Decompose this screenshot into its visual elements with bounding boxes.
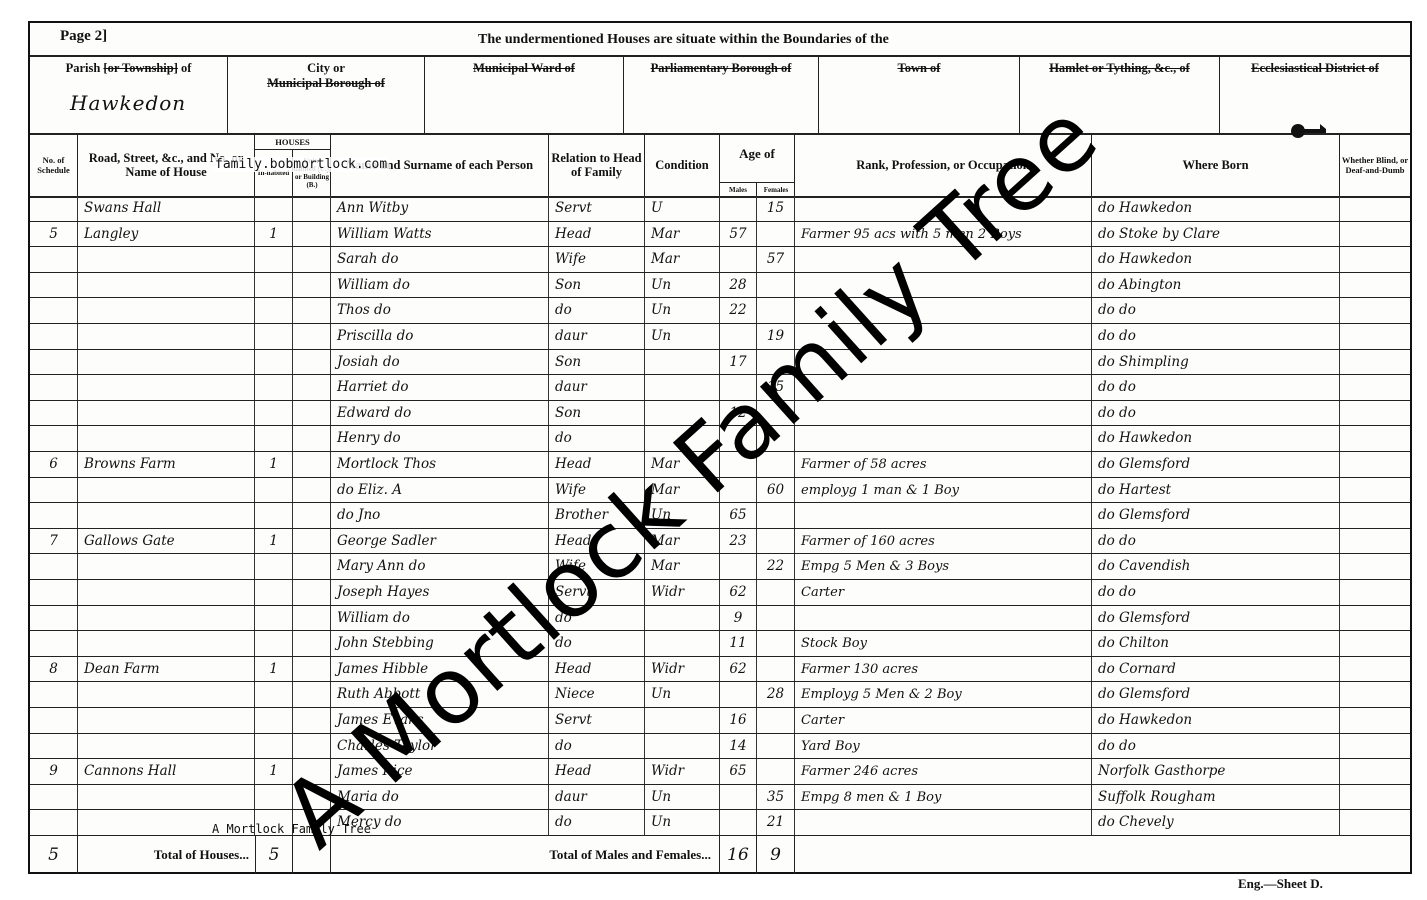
- occupation: Empg 8 men & 1 Boy: [795, 785, 1092, 810]
- schedule-number: 7: [30, 529, 78, 554]
- condition: Mar: [645, 247, 720, 272]
- relation: daur: [549, 785, 645, 810]
- schedule-number: [30, 682, 78, 707]
- house-name: Swans Hall: [78, 196, 255, 221]
- schedule-number: [30, 631, 78, 656]
- col-age: Age of Males Females: [720, 133, 795, 196]
- male-age: 65: [720, 759, 757, 784]
- table-row: 9Cannons Hall1James RiceHeadWidr65Farmer…: [30, 759, 1410, 785]
- uninhabited-count: [293, 222, 331, 247]
- female-age: [757, 529, 795, 554]
- col-schedule: No. of Schedule: [30, 133, 78, 196]
- male-age: 28: [720, 273, 757, 298]
- blind-deaf: [1340, 657, 1410, 682]
- blind-deaf: [1340, 785, 1410, 810]
- table-row: William dodo9do Glemsford: [30, 606, 1410, 632]
- blind-deaf: [1340, 554, 1410, 579]
- inhabited-count: [255, 298, 293, 323]
- where-born: do Glemsford: [1092, 452, 1340, 477]
- female-age: 60: [757, 478, 795, 503]
- table-row: 6Browns Farm1Mortlock ThosHeadMarFarmer …: [30, 452, 1410, 478]
- parish-cell: Parish [or Township] of Hawkedon: [30, 55, 228, 133]
- condition: Un: [645, 785, 720, 810]
- boundaries-heading: The undermentioned Houses are situate wi…: [478, 32, 889, 48]
- female-age: [757, 401, 795, 426]
- occupation: Farmer 246 acres: [795, 759, 1092, 784]
- schedule-count: 5: [48, 845, 59, 865]
- occupation: Stock Boy: [795, 631, 1092, 656]
- occupation: Farmer of 58 acres: [795, 452, 1092, 477]
- house-name: [78, 554, 255, 579]
- condition: Widr: [645, 759, 720, 784]
- occupation: Empg 5 Men & 3 Boys: [795, 554, 1092, 579]
- col-condition: Condition: [645, 133, 720, 196]
- uninhabited-count: [293, 734, 331, 759]
- town-cell: Town of: [819, 55, 1020, 133]
- title-row: Page 2] The undermentioned Houses are si…: [30, 23, 1410, 57]
- blind-deaf: [1340, 247, 1410, 272]
- male-age: [720, 247, 757, 272]
- inhabited-count: 1: [255, 452, 293, 477]
- sheet-identifier: Eng.—Sheet D.: [1238, 876, 1323, 892]
- occupation: [795, 273, 1092, 298]
- table-row: Henry dododo Hawkedon: [30, 426, 1410, 452]
- person-name: Joseph Hayes: [331, 580, 549, 605]
- table-row: Maria dodaurUn35Empg 8 men & 1 BoySuffol…: [30, 785, 1410, 811]
- where-born: Suffolk Rougham: [1092, 785, 1340, 810]
- parish-value: Hawkedon: [70, 91, 186, 115]
- relation: Head: [549, 452, 645, 477]
- inhabited-count: [255, 631, 293, 656]
- totals-row: 5 Total of Houses... 5 Total of Males an…: [30, 836, 1410, 874]
- occupation: [795, 298, 1092, 323]
- condition: Mar: [645, 222, 720, 247]
- person-name: Josiah do: [331, 350, 549, 375]
- blind-deaf: [1340, 375, 1410, 400]
- female-age: 57: [757, 247, 795, 272]
- person-name: Maria do: [331, 785, 549, 810]
- total-males: 16: [727, 845, 749, 865]
- person-name: William do: [331, 606, 549, 631]
- uninhabited-count: [293, 657, 331, 682]
- inhabited-count: 1: [255, 657, 293, 682]
- col-occupation: Rank, Profession, or Occupation: [795, 133, 1092, 196]
- condition: [645, 631, 720, 656]
- relation: Son: [549, 273, 645, 298]
- where-born: do Hartest: [1092, 478, 1340, 503]
- male-age: 62: [720, 657, 757, 682]
- house-name: [78, 401, 255, 426]
- condition: [645, 734, 720, 759]
- uninhabited-count: [293, 350, 331, 375]
- male-age: [720, 375, 757, 400]
- relation: do: [549, 631, 645, 656]
- occupation: [795, 247, 1092, 272]
- where-born: do Hawkedon: [1092, 196, 1340, 221]
- blind-deaf: [1340, 759, 1410, 784]
- where-born: do Cornard: [1092, 657, 1340, 682]
- inhabited-count: [255, 580, 293, 605]
- person-name: do Jno: [331, 503, 549, 528]
- female-age: [757, 759, 795, 784]
- schedule-number: [30, 298, 78, 323]
- where-born: do Chevely: [1092, 810, 1340, 835]
- condition: Un: [645, 503, 720, 528]
- table-row: William doSonUn28do Abington: [30, 273, 1410, 299]
- house-name: [78, 734, 255, 759]
- schedule-number: [30, 350, 78, 375]
- hamlet-cell: Hamlet or Tything, &c., of: [1020, 55, 1220, 133]
- uninhabited-count: [293, 324, 331, 349]
- relation: Son: [549, 401, 645, 426]
- blind-deaf: [1340, 606, 1410, 631]
- where-born: do Glemsford: [1092, 503, 1340, 528]
- uninhabited-count: [293, 503, 331, 528]
- condition: Un: [645, 324, 720, 349]
- person-name: Harriet do: [331, 375, 549, 400]
- schedule-number: [30, 426, 78, 451]
- relation: daur: [549, 375, 645, 400]
- relation: Servt: [549, 580, 645, 605]
- person-name: George Sadler: [331, 529, 549, 554]
- house-name: [78, 273, 255, 298]
- male-age: 57: [720, 222, 757, 247]
- where-born: do Abington: [1092, 273, 1340, 298]
- condition: [645, 401, 720, 426]
- blind-deaf: [1340, 478, 1410, 503]
- schedule-number: [30, 478, 78, 503]
- male-age: [720, 324, 757, 349]
- house-name: [78, 503, 255, 528]
- female-age: 35: [757, 785, 795, 810]
- person-name: Thos do: [331, 298, 549, 323]
- person-name: John Stebbing: [331, 631, 549, 656]
- blind-deaf: [1340, 222, 1410, 247]
- table-row: Mary Ann doWifeMar22Empg 5 Men & 3 Boysd…: [30, 554, 1410, 580]
- schedule-number: [30, 401, 78, 426]
- table-row: 5Langley1William WattsHeadMar57Farmer 95…: [30, 222, 1410, 248]
- house-name: [78, 478, 255, 503]
- occupation: [795, 324, 1092, 349]
- male-age: 11: [720, 631, 757, 656]
- where-born: do Hawkedon: [1092, 426, 1340, 451]
- relation: Servt: [549, 708, 645, 733]
- table-row: 7Gallows Gate1George SadlerHeadMar23Farm…: [30, 529, 1410, 555]
- condition: [645, 708, 720, 733]
- condition: [645, 350, 720, 375]
- relation: Head: [549, 759, 645, 784]
- person-name: William Watts: [331, 222, 549, 247]
- schedule-number: [30, 606, 78, 631]
- house-name: [78, 708, 255, 733]
- person-name: Edward do: [331, 401, 549, 426]
- blind-deaf: [1340, 503, 1410, 528]
- where-born: do do: [1092, 529, 1340, 554]
- house-name: [78, 350, 255, 375]
- relation: daur: [549, 324, 645, 349]
- blind-deaf: [1340, 734, 1410, 759]
- uninhabited-count: [293, 401, 331, 426]
- condition: Mar: [645, 478, 720, 503]
- table-row: 8Dean Farm1James HibbleHeadWidr62Farmer …: [30, 657, 1410, 683]
- female-age: [757, 657, 795, 682]
- schedule-number: [30, 324, 78, 349]
- table-row: Edward doSon12do do: [30, 401, 1410, 427]
- relation: Wife: [549, 247, 645, 272]
- male-age: 16: [720, 708, 757, 733]
- table-row: do JnoBrotherUn65do Glemsford: [30, 503, 1410, 529]
- blind-deaf: [1340, 529, 1410, 554]
- key-icon: [1290, 122, 1330, 140]
- relation: do: [549, 426, 645, 451]
- uninhabited-count: [293, 580, 331, 605]
- where-born: Norfolk Gasthorpe: [1092, 759, 1340, 784]
- blind-deaf: [1340, 298, 1410, 323]
- house-name: [78, 375, 255, 400]
- where-born: do do: [1092, 375, 1340, 400]
- blind-deaf: [1340, 273, 1410, 298]
- house-name: Cannons Hall: [78, 759, 255, 784]
- relation: Niece: [549, 682, 645, 707]
- person-name: Mortlock Thos: [331, 452, 549, 477]
- male-age: 14: [720, 734, 757, 759]
- female-age: [757, 734, 795, 759]
- condition: [645, 426, 720, 451]
- blind-deaf: [1340, 580, 1410, 605]
- male-age: 17: [720, 350, 757, 375]
- person-name: James Evans: [331, 708, 549, 733]
- male-age: [720, 452, 757, 477]
- occupation: [795, 350, 1092, 375]
- uninhabited-count: [293, 426, 331, 451]
- census-rows: Swans HallAnn WitbyServtU15do Hawkedon5L…: [30, 196, 1410, 836]
- inhabited-count: [255, 375, 293, 400]
- female-age: [757, 708, 795, 733]
- male-age: 65: [720, 503, 757, 528]
- relation: Head: [549, 529, 645, 554]
- relation: Son: [549, 350, 645, 375]
- person-name: Ann Witby: [331, 196, 549, 221]
- house-name: [78, 426, 255, 451]
- house-name: [78, 631, 255, 656]
- inhabited-count: 1: [255, 759, 293, 784]
- female-age: [757, 350, 795, 375]
- inhabited-count: 1: [255, 529, 293, 554]
- female-age: 15: [757, 375, 795, 400]
- male-age: [720, 554, 757, 579]
- census-sheet: Page 2] The undermentioned Houses are si…: [28, 21, 1412, 874]
- person-name: Charles Taylor: [331, 734, 549, 759]
- uninhabited-count: [293, 452, 331, 477]
- condition: Un: [645, 298, 720, 323]
- schedule-number: [30, 580, 78, 605]
- uninhabited-count: [293, 247, 331, 272]
- table-row: Swans HallAnn WitbyServtU15do Hawkedon: [30, 196, 1410, 222]
- occupation: Carter: [795, 580, 1092, 605]
- uninhabited-count: [293, 708, 331, 733]
- schedule-number: [30, 247, 78, 272]
- person-name: Mary Ann do: [331, 554, 549, 579]
- occupation: Farmer of 160 acres: [795, 529, 1092, 554]
- male-age: 9: [720, 606, 757, 631]
- person-name: William do: [331, 273, 549, 298]
- inhabited-count: [255, 247, 293, 272]
- house-name: Gallows Gate: [78, 529, 255, 554]
- inhabited-count: [255, 785, 293, 810]
- uninhabited-count: [293, 631, 331, 656]
- where-born: do do: [1092, 734, 1340, 759]
- inhabited-count: [255, 478, 293, 503]
- person-name: James Hibble: [331, 657, 549, 682]
- occupation: [795, 401, 1092, 426]
- male-age: [720, 810, 757, 835]
- condition: Mar: [645, 529, 720, 554]
- female-age: 22: [757, 554, 795, 579]
- uninhabited-count: [293, 785, 331, 810]
- relation: Head: [549, 222, 645, 247]
- relation: Servt: [549, 196, 645, 221]
- house-name: [78, 606, 255, 631]
- where-born: do do: [1092, 298, 1340, 323]
- table-row: John Stebbingdo11Stock Boydo Chilton: [30, 631, 1410, 657]
- male-age: [720, 478, 757, 503]
- borough-cell: City orMunicipal Borough of: [228, 55, 425, 133]
- table-row: Priscilla dodaurUn19do do: [30, 324, 1410, 350]
- condition: Mar: [645, 554, 720, 579]
- inhabited-count: [255, 196, 293, 221]
- condition: U: [645, 196, 720, 221]
- female-age: [757, 273, 795, 298]
- inhabited-count: [255, 708, 293, 733]
- table-row: Ruth AbbottNieceUn28Employg 5 Men & 2 Bo…: [30, 682, 1410, 708]
- male-age: 62: [720, 580, 757, 605]
- schedule-number: [30, 196, 78, 221]
- table-row: Joseph HayesServtWidr62Carterdo do: [30, 580, 1410, 606]
- person-name: Ruth Abbott: [331, 682, 549, 707]
- table-row: Josiah doSon17do Shimpling: [30, 350, 1410, 376]
- relation: Wife: [549, 554, 645, 579]
- inhabited-count: [255, 734, 293, 759]
- where-born: do do: [1092, 324, 1340, 349]
- condition: [645, 375, 720, 400]
- blind-deaf: [1340, 708, 1410, 733]
- uninhabited-count: [293, 298, 331, 323]
- house-name: Langley: [78, 222, 255, 247]
- male-age: 22: [720, 298, 757, 323]
- blind-deaf: [1340, 682, 1410, 707]
- where-born: do Chilton: [1092, 631, 1340, 656]
- schedule-number: [30, 554, 78, 579]
- blind-deaf: [1340, 350, 1410, 375]
- female-age: [757, 503, 795, 528]
- relation: do: [549, 606, 645, 631]
- inhabited-count: [255, 273, 293, 298]
- blind-deaf: [1340, 810, 1410, 835]
- male-age: [720, 785, 757, 810]
- total-houses-label: Total of Houses...: [154, 847, 249, 863]
- female-age: 21: [757, 810, 795, 835]
- occupation: [795, 375, 1092, 400]
- table-row: Harriet dodaur15do do: [30, 375, 1410, 401]
- uninhabited-count: [293, 759, 331, 784]
- female-age: 19: [757, 324, 795, 349]
- table-row: James EvansServt16Carterdo Hawkedon: [30, 708, 1410, 734]
- blind-deaf: [1340, 426, 1410, 451]
- table-row: Sarah doWifeMar57do Hawkedon: [30, 247, 1410, 273]
- inhabited-count: [255, 401, 293, 426]
- female-age: [757, 606, 795, 631]
- inhabited-count: [255, 350, 293, 375]
- uninhabited-count: [293, 606, 331, 631]
- occupation: Farmer 130 acres: [795, 657, 1092, 682]
- occupation: Yard Boy: [795, 734, 1092, 759]
- occupation: Farmer 95 acs with 5 men 2 Boys: [795, 222, 1092, 247]
- where-born: do Glemsford: [1092, 682, 1340, 707]
- female-age: [757, 298, 795, 323]
- male-age: 23: [720, 529, 757, 554]
- uninhabited-count: [293, 554, 331, 579]
- relation: do: [549, 298, 645, 323]
- female-age: 28: [757, 682, 795, 707]
- occupation: Carter: [795, 708, 1092, 733]
- inhabited-count: [255, 503, 293, 528]
- uninhabited-count: [293, 529, 331, 554]
- occupation: [795, 503, 1092, 528]
- female-age: [757, 631, 795, 656]
- watermark-url: family.bobmortlock.com: [213, 157, 389, 172]
- schedule-number: [30, 375, 78, 400]
- occupation: [795, 426, 1092, 451]
- house-name: [78, 298, 255, 323]
- occupation: employg 1 man & 1 Boy: [795, 478, 1092, 503]
- male-age: [720, 426, 757, 451]
- table-row: Thos dodoUn22do do: [30, 298, 1410, 324]
- inhabited-count: [255, 554, 293, 579]
- table-row: do Eliz. AWifeMar60employg 1 man & 1 Boy…: [30, 478, 1410, 504]
- schedule-number: 8: [30, 657, 78, 682]
- inhabited-count: [255, 682, 293, 707]
- occupation: Employg 5 Men & 2 Boy: [795, 682, 1092, 707]
- male-age: [720, 682, 757, 707]
- blind-deaf: [1340, 324, 1410, 349]
- ward-cell: Municipal Ward of: [425, 55, 624, 133]
- total-houses-value: 5: [269, 845, 280, 865]
- schedule-number: 9: [30, 759, 78, 784]
- uninhabited-count: [293, 196, 331, 221]
- female-age: [757, 452, 795, 477]
- female-age: [757, 426, 795, 451]
- house-name: [78, 682, 255, 707]
- house-name: Dean Farm: [78, 657, 255, 682]
- where-born: do Hawkedon: [1092, 708, 1340, 733]
- where-born: do Shimpling: [1092, 350, 1340, 375]
- condition: Un: [645, 682, 720, 707]
- condition: [645, 606, 720, 631]
- schedule-number: 6: [30, 452, 78, 477]
- male-age: [720, 196, 757, 221]
- watermark-small: A Mortlock Family Tree: [212, 822, 371, 836]
- schedule-number: [30, 785, 78, 810]
- inhabited-count: [255, 324, 293, 349]
- inhabited-count: [255, 426, 293, 451]
- person-name: James Rice: [331, 759, 549, 784]
- relation: Head: [549, 657, 645, 682]
- boundary-row: Parish [or Township] of Hawkedon City or…: [30, 55, 1410, 135]
- occupation: [795, 196, 1092, 221]
- schedule-number: [30, 734, 78, 759]
- col-relation: Relation to Head of Family: [549, 133, 645, 196]
- condition: Mar: [645, 452, 720, 477]
